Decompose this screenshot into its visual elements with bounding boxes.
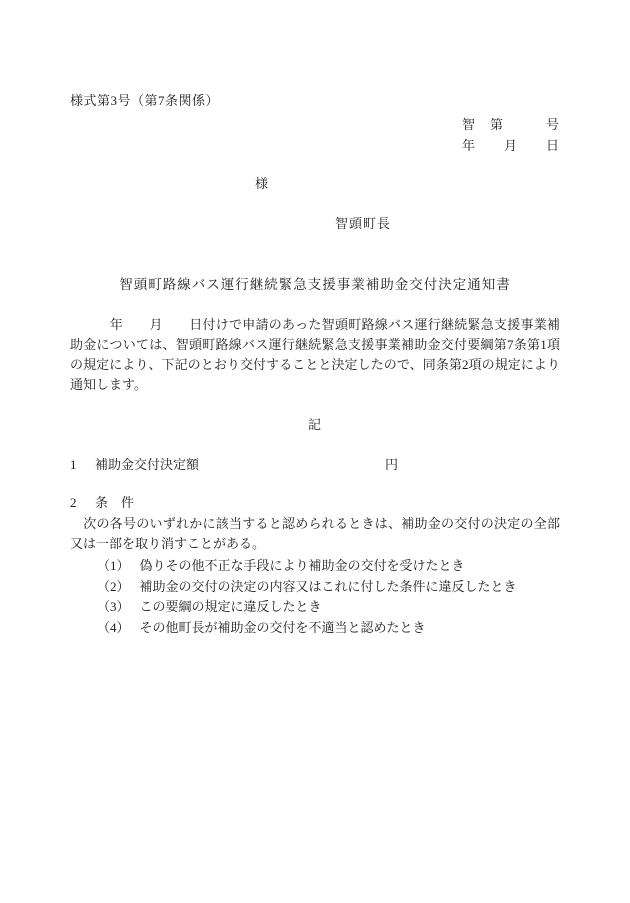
ki-heading: 記 xyxy=(70,416,560,434)
addressee-line: 様 xyxy=(70,175,560,193)
condition-item-4: （4）その他町長が補助金の交付を不適当と認めたとき xyxy=(70,618,560,639)
condition-item-1: （1）偽りその他不正な手段により補助金の交付を受けたとき xyxy=(70,556,560,577)
item2-label: 条 件 xyxy=(95,495,134,510)
item2-row: 2条 件 xyxy=(70,494,560,512)
document-page: 様式第3号（第7条関係） 智 第 号 年 月 日 様 智頭町長 智頭町路線バス運… xyxy=(0,0,630,903)
condition-1-number: （1） xyxy=(97,558,130,573)
item1-row: 1補助金交付決定額 円 xyxy=(70,456,560,474)
item2-intro: 次の各号のいずれかに該当すると認められるときは、補助金の交付の決定の全部又は一部… xyxy=(70,514,560,554)
document-content: 様式第3号（第7条関係） 智 第 号 年 月 日 様 智頭町長 智頭町路線バス運… xyxy=(70,92,560,638)
document-number-line: 智 第 号 xyxy=(70,116,560,134)
form-number-label: 様式第3号（第7条関係） xyxy=(70,92,560,110)
item1-unit-yen: 円 xyxy=(385,456,398,474)
condition-2-text: 補助金の交付の決定の内容又はこれに付した条件に違反したとき xyxy=(140,579,517,594)
sender-line: 智頭町長 xyxy=(70,215,560,233)
item1-label: 補助金交付決定額 xyxy=(95,457,199,472)
item1-number: 1 xyxy=(70,456,95,474)
condition-4-text: その他町長が補助金の交付を不適当と認めたとき xyxy=(140,620,426,635)
condition-1-text: 偽りその他不正な手段により補助金の交付を受けたとき xyxy=(140,558,465,573)
condition-item-2: （2）補助金の交付の決定の内容又はこれに付した条件に違反したとき xyxy=(70,577,560,598)
condition-3-text: この要綱の規定に違反したとき xyxy=(140,599,322,614)
item2-number: 2 xyxy=(70,494,95,512)
condition-item-3: （3）この要綱の規定に違反したとき xyxy=(70,597,560,618)
document-title: 智頭町路線バス運行継続緊急支援事業補助金交付決定通知書 xyxy=(70,276,560,294)
condition-4-number: （4） xyxy=(97,620,130,635)
conditions-list: （1）偽りその他不正な手段により補助金の交付を受けたとき （2）補助金の交付の決… xyxy=(70,556,560,638)
body-paragraph: 年 月 日付けで申請のあった智頭町路線バス運行継続緊急支援事業補助金については、… xyxy=(70,315,560,395)
condition-2-number: （2） xyxy=(97,579,130,594)
date-line: 年 月 日 xyxy=(70,137,560,155)
condition-3-number: （3） xyxy=(97,599,130,614)
